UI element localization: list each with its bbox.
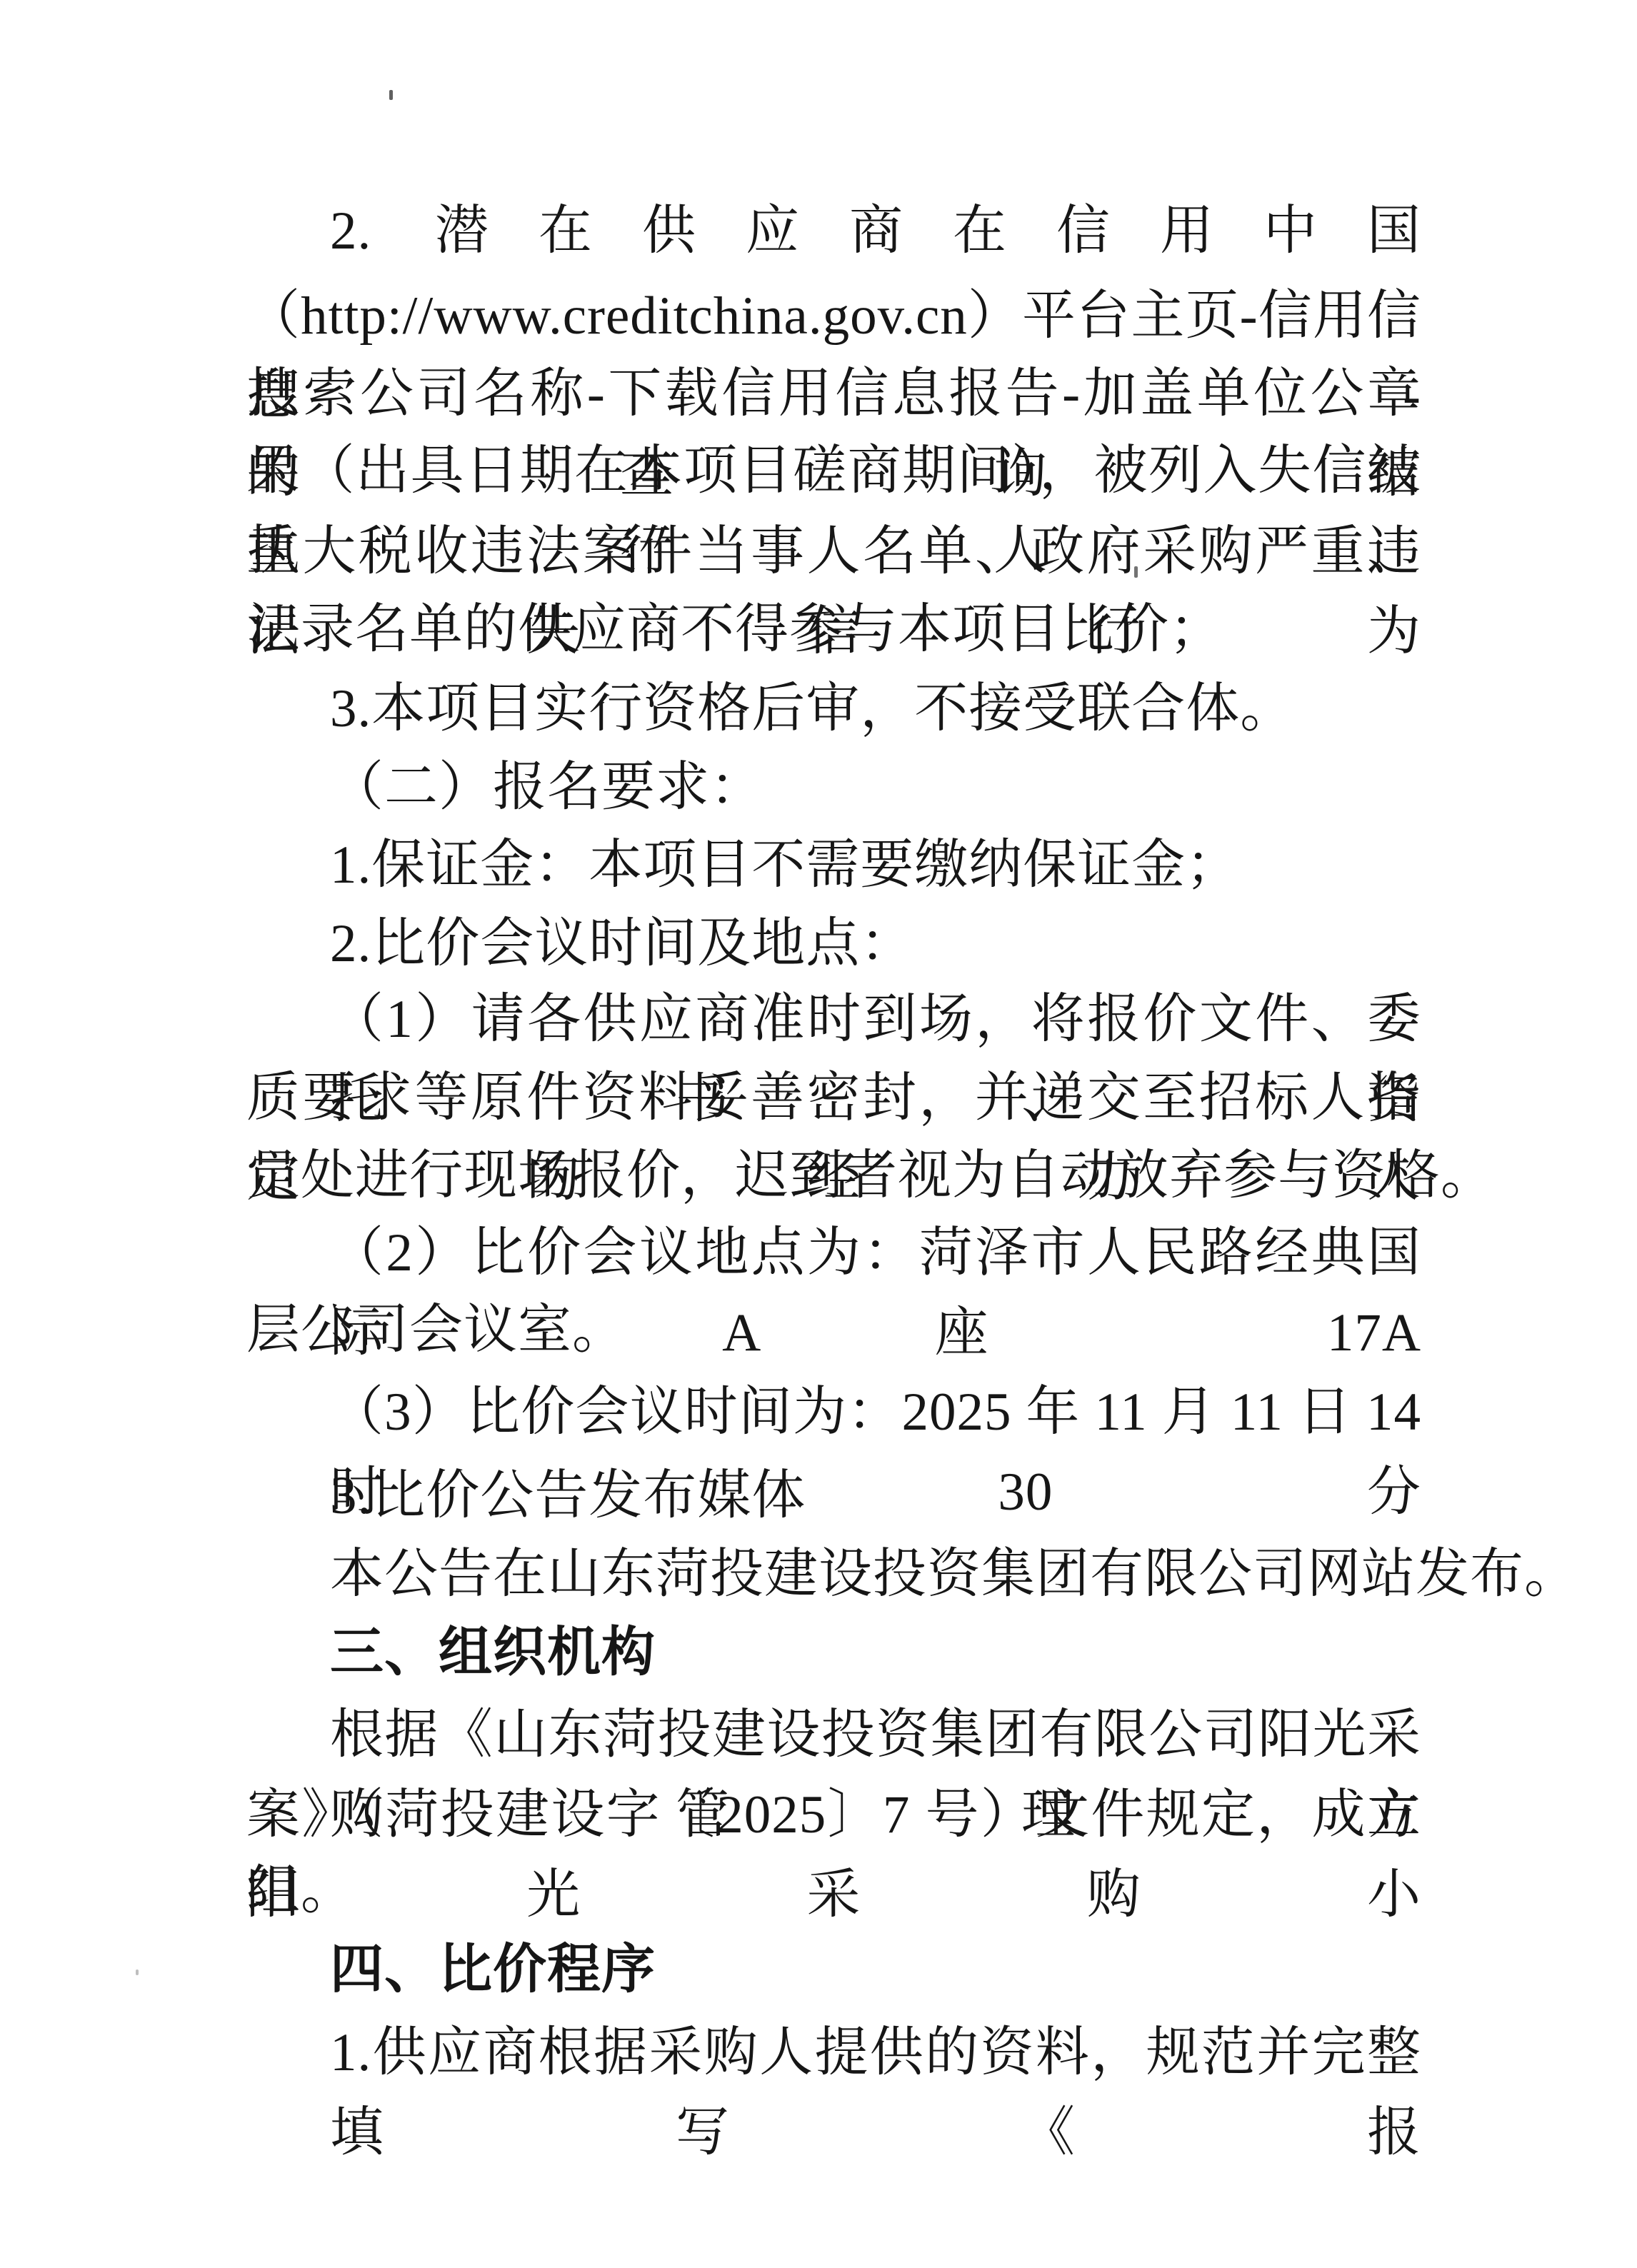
doc-line: 2.比价会议时间及地点： <box>330 904 1421 984</box>
doc-line: （1）请各供应商准时到场，将报价文件、委托书、资 <box>330 980 1421 1060</box>
doc-line: （二）报名要求： <box>330 748 1421 828</box>
doc-line: （3）比价会议时间为：2025 年 11 月 11 日 14 时 30 分 <box>330 1373 1421 1452</box>
doc-line: 员处进行现场报价，迟到者视为自动放弃参与资格。 <box>246 1136 1421 1216</box>
doc-line: （http://www.creditchina.gov.cn）平台主页-信用信息… <box>246 276 1421 356</box>
doc-line: 搜索公司名称-下载信用信息报告-加盖单位公章的查询结 <box>246 354 1421 434</box>
document-page: 2. 潜在供应商在信用中国 （http://www.creditchina.go… <box>0 0 1637 2268</box>
doc-section-heading: 四、比价程序 <box>330 1929 1421 2009</box>
doc-section-heading: 三、组织机构 <box>330 1612 1421 1692</box>
doc-line: 根据《山东菏投建设投资集团有限公司阳光采购管理方 <box>330 1695 1421 1775</box>
doc-line: 案》（菏投建设字〔2025〕7 号）文件规定，成立阳光采购小 <box>246 1775 1421 1855</box>
doc-line: 1.保证金：本项目不需要缴纳保证金； <box>330 826 1421 905</box>
doc-line: 组。 <box>246 1851 1421 1931</box>
doc-line: 层公司会议室。 <box>246 1290 1421 1370</box>
doc-line: 重大税收违法案件当事人名单、政府采购严重违法失信行为 <box>246 512 1421 592</box>
scan-artifact-dot <box>136 1970 139 1975</box>
doc-line: 质要求等原件资料妥善密封，并递交至招标人指定的经办人 <box>246 1058 1421 1138</box>
doc-line: 1.供应商根据采购人提供的资料，规范并完整填写《报 <box>330 2013 1421 2093</box>
scan-artifact-dot <box>389 90 393 100</box>
doc-line: 3.本项目实行资格后审，不接受联合体。 <box>330 669 1421 749</box>
doc-line: 2. 潜在供应商在信用中国 <box>330 191 1421 271</box>
doc-line: 3.比价公告发布媒体 <box>330 1456 1421 1536</box>
doc-line: 果（出具日期在本项目磋商期间），被列入失信被执行人、 <box>246 431 1421 511</box>
doc-line: 记录名单的供应商不得参与本项目比价； <box>246 590 1421 670</box>
doc-line: 本公告在山东菏投建设投资集团有限公司网站发布。 <box>330 1535 1421 1615</box>
doc-line: （2）比价会议地点为：菏泽市人民路经典国际 A 座 17A <box>330 1213 1421 1293</box>
